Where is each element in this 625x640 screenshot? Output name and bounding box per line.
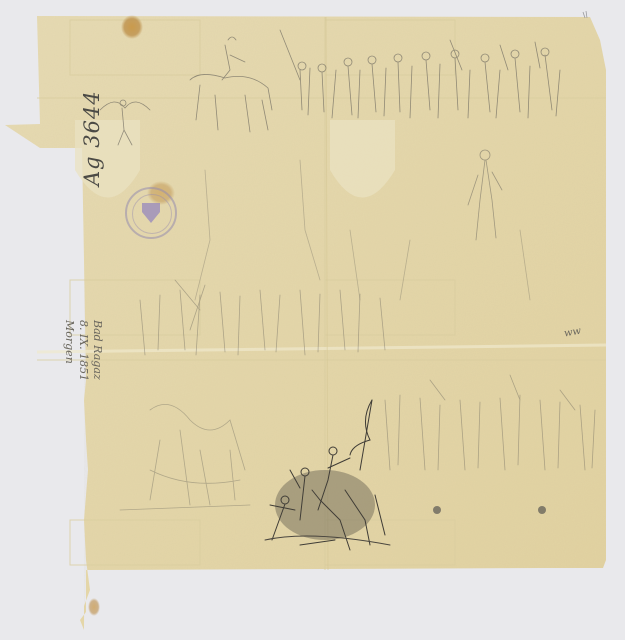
date-line-2: 8. IX. 1851	[76, 320, 90, 381]
artwork-scan: Ag 3644 Bad Ragaz 8. IX. 1851 Morgen ww	[0, 0, 625, 640]
collection-stamp	[125, 187, 177, 239]
date-line-3: Morgen	[62, 320, 76, 381]
inventory-number: Ag 3644	[80, 90, 104, 186]
date-annotation: Bad Ragaz 8. IX. 1851 Morgen	[62, 320, 104, 381]
date-line-1: Bad Ragaz	[90, 320, 104, 381]
